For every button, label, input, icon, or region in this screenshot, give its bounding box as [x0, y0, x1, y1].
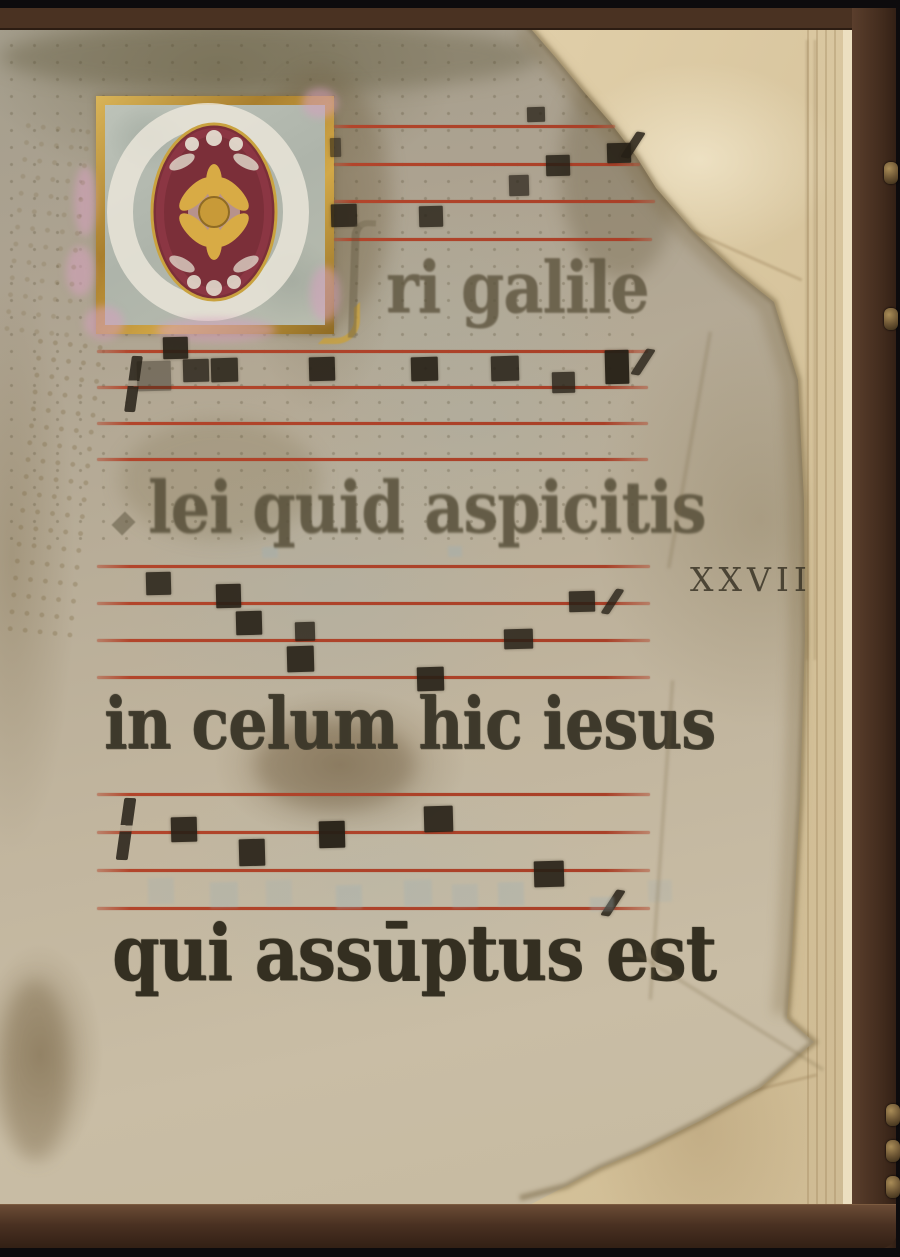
- neume-punctum: [331, 204, 358, 228]
- neume-punctum: [509, 175, 530, 197]
- neume-punctum: [137, 361, 172, 392]
- neume-punctum: [411, 357, 439, 382]
- clasp-knob: [884, 162, 898, 184]
- neume-punctum: [216, 584, 242, 609]
- staff-2-line-4: [97, 458, 648, 461]
- staff-3-line-2: [97, 602, 650, 605]
- staff-2-line-3: [97, 422, 648, 425]
- chant-text-line-4: qui assūptus est: [112, 908, 716, 999]
- neume-punctum: [504, 629, 534, 650]
- neume-punctum: [534, 861, 565, 888]
- chant-text-line-1: ri galile: [386, 246, 648, 329]
- staff-3-line-4: [97, 676, 650, 679]
- ghost-neume: [148, 878, 175, 905]
- neume-punctum: [424, 806, 454, 833]
- clasp-knob: [886, 1140, 900, 1162]
- clasp-knob: [886, 1176, 900, 1198]
- clef-mark: [116, 798, 137, 860]
- neume-punctum: [163, 337, 189, 360]
- neume-punctum: [552, 372, 576, 394]
- page-content: ri galile lei quid aspicitis in celum hi…: [0, 0, 900, 1257]
- background-edge: [0, 1248, 900, 1257]
- staff-1-line-4: [334, 238, 652, 241]
- binding-bottom: [0, 1204, 898, 1249]
- staff-4-line-3: [97, 869, 650, 872]
- ghost-neume: [336, 885, 363, 910]
- background-edge: [896, 0, 900, 1257]
- ghost-neume: [404, 880, 433, 907]
- neume-punctum: [239, 839, 266, 867]
- neume-punctum: [419, 206, 444, 228]
- background-edge: [0, 0, 900, 8]
- staff-1-line-1: [334, 125, 615, 128]
- neume-punctum: [295, 622, 315, 642]
- music-layer: [0, 0, 900, 1257]
- folio-number: XXVII: [690, 560, 812, 599]
- staff-3-line-3: [97, 639, 650, 642]
- neume-punctum: [319, 821, 346, 849]
- staff-1-line-2: [334, 163, 640, 166]
- neume-punctum: [605, 350, 630, 385]
- chant-text-line-2: lei quid aspicitis: [148, 466, 705, 549]
- staff-4-line-1: [97, 793, 650, 796]
- chant-text-line-3: in celum hic iesus: [104, 682, 715, 765]
- neume-punctum: [211, 358, 239, 383]
- neume-punctum: [183, 359, 210, 383]
- staff-1-line-3: [334, 200, 655, 203]
- neume-punctum: [527, 107, 545, 122]
- manuscript-photo: ri galile lei quid aspicitis in celum hi…: [0, 0, 900, 1257]
- neume-punctum: [287, 646, 315, 673]
- neume-punctum: [569, 591, 596, 613]
- clasp-knob: [884, 308, 898, 330]
- ghost-neume: [266, 880, 293, 907]
- neume-punctum: [146, 572, 172, 596]
- ghost-neume: [210, 882, 239, 909]
- neume-punctum: [546, 155, 571, 177]
- ghost-neume: [648, 880, 673, 903]
- neume-punctum: [330, 138, 341, 157]
- ghost-neume: [498, 882, 525, 907]
- binding-top: [0, 7, 900, 30]
- neume-punctum: [236, 611, 263, 636]
- pen-stroke: [348, 220, 376, 339]
- clasp-knob: [886, 1104, 900, 1126]
- neume-punctum: [171, 817, 198, 843]
- neume-punctum: [491, 356, 520, 382]
- staff-3-line-1: [97, 565, 650, 568]
- binding-right: [852, 7, 898, 1250]
- neume-punctum: [309, 357, 336, 382]
- ghost-neume: [452, 884, 479, 909]
